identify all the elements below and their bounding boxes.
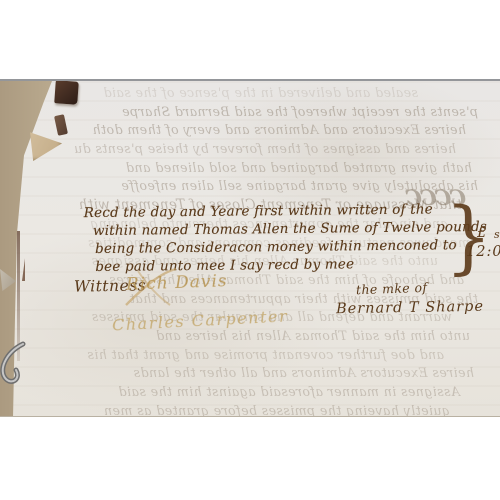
bleedthrough-line: sealed and delivered in the p'sence of t… xyxy=(34,84,478,103)
receipt-clause: Recd the day and Yeare first within writ… xyxy=(84,200,488,276)
mark-prefix: the mke of xyxy=(356,280,428,297)
bleedthrough-line: heires Executors and Adminors and every … xyxy=(34,121,478,140)
witness-signature-1: Rich Davis xyxy=(126,271,228,295)
amount-value: 12:0: xyxy=(466,244,500,260)
bleedthrough-line: unto him the said Thomas Allen his heire… xyxy=(34,327,478,346)
witness-signature-2: Charles Carpenter xyxy=(112,306,289,334)
manuscript-photo: sealed and delivered in the p'sence of t… xyxy=(0,79,500,417)
bleedthrough-line: quietly haveing the pmisses before grant… xyxy=(34,402,478,417)
mark-signature: Bernard T Sharpe xyxy=(336,299,484,318)
pound-symbol: £ xyxy=(477,223,487,241)
screenshot-canvas: sealed and delivered in the p'sence of t… xyxy=(0,0,500,500)
metal-wire-clip-icon xyxy=(0,341,27,393)
bleedthrough-line: heires and assignes of them forever by t… xyxy=(34,140,478,159)
shilling-symbol: s xyxy=(494,228,500,241)
bleedthrough-line: hath given granted bargained and sold al… xyxy=(34,159,478,178)
leather-fragment xyxy=(54,114,68,136)
bleedthrough-line: heires Executors Adminors and all other … xyxy=(34,364,478,383)
leather-fragment xyxy=(54,80,79,105)
bleedthrough-line: Assignes in manner aforesaid against him… xyxy=(34,383,478,402)
bleedthrough-line: and doe further covenant promise and gra… xyxy=(34,346,478,365)
bleedthrough-line: p'sents the receipt whereof the said Ber… xyxy=(34,103,478,122)
